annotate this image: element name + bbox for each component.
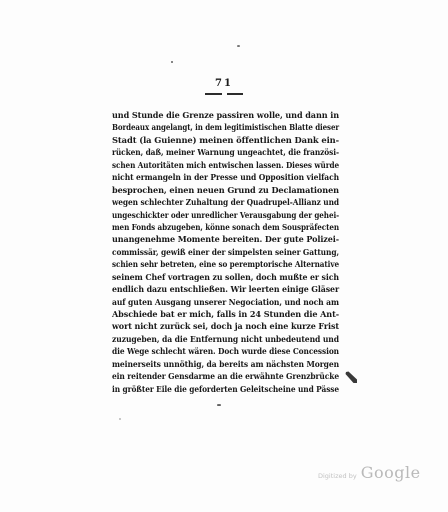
text-line: commissär, gewiß einer der simpelsten se… <box>112 244 339 256</box>
text-line: und Stunde die Grenze passiren wolle, un… <box>112 107 339 119</box>
book-page-scan: 71 und Stunde die Grenze passiren wolle,… <box>0 0 448 512</box>
watermark: Digitized by Google <box>318 463 421 482</box>
text-line: wegen schlechter Zuhaltung der Quadrupel… <box>112 194 339 206</box>
dust-speck <box>237 45 240 47</box>
dust-speck <box>171 61 173 63</box>
text-line: auf guten Ausgang unserer Negociation, u… <box>112 294 339 306</box>
text-line: schen Autoritäten mich entwischen lassen… <box>112 157 339 169</box>
text-line: wort nicht zurück sei, doch ja noch eine… <box>112 318 339 330</box>
text-line: men Fonds abzugeben, könne sonach dem So… <box>112 219 339 231</box>
body-text: und Stunde die Grenze passiren wolle, un… <box>112 107 339 393</box>
page-number: 71 <box>0 78 448 89</box>
text-line: meinerseits unnöthig, da bereits am näch… <box>112 356 339 368</box>
dust-speck <box>217 404 221 406</box>
text-line: besprochen, einen neuen Grund zu Declama… <box>112 182 339 194</box>
text-line: seinem Chef vortragen zu sollen, doch mu… <box>112 269 339 281</box>
ink-mark <box>345 371 358 384</box>
text-line: ungeschickter oder unredlicher Verausgab… <box>112 207 339 219</box>
page-number-rule <box>205 93 243 95</box>
text-line: die Wege schlecht wären. Doch wurde dies… <box>112 343 339 355</box>
text-line: zuzugeben, da die Entfernung nicht unbed… <box>112 331 339 343</box>
rule-dash <box>205 93 222 95</box>
google-logo: Google <box>361 463 421 482</box>
text-line: Stadt (la Guienne) meinen öffentlichen D… <box>112 132 339 144</box>
text-line: in größter Eile die geforderten Geleitsc… <box>112 381 339 393</box>
text-line: Abschiede bat er mich, falls in 24 Stund… <box>112 306 339 318</box>
text-line: nicht ermangeln in der Presse und Opposi… <box>112 169 339 181</box>
text-line: Bordeaux angelangt, in dem legitimistisc… <box>112 119 339 131</box>
watermark-digitized-by: Digitized by <box>318 472 357 480</box>
text-line: ein reitender Gensdarme an die erwähnte … <box>112 368 339 380</box>
rule-dash <box>227 93 244 95</box>
text-line: rücken, daß, meiner Warnung ungeachtet, … <box>112 144 339 156</box>
dust-speck <box>119 418 121 420</box>
text-line: unangenehme Momente bereiten. Der gute P… <box>112 231 339 243</box>
text-line: endlich dazu entschließen. Wir leerten e… <box>112 281 339 293</box>
text-line: schien sehr betreten, eine so peremptori… <box>112 256 339 268</box>
